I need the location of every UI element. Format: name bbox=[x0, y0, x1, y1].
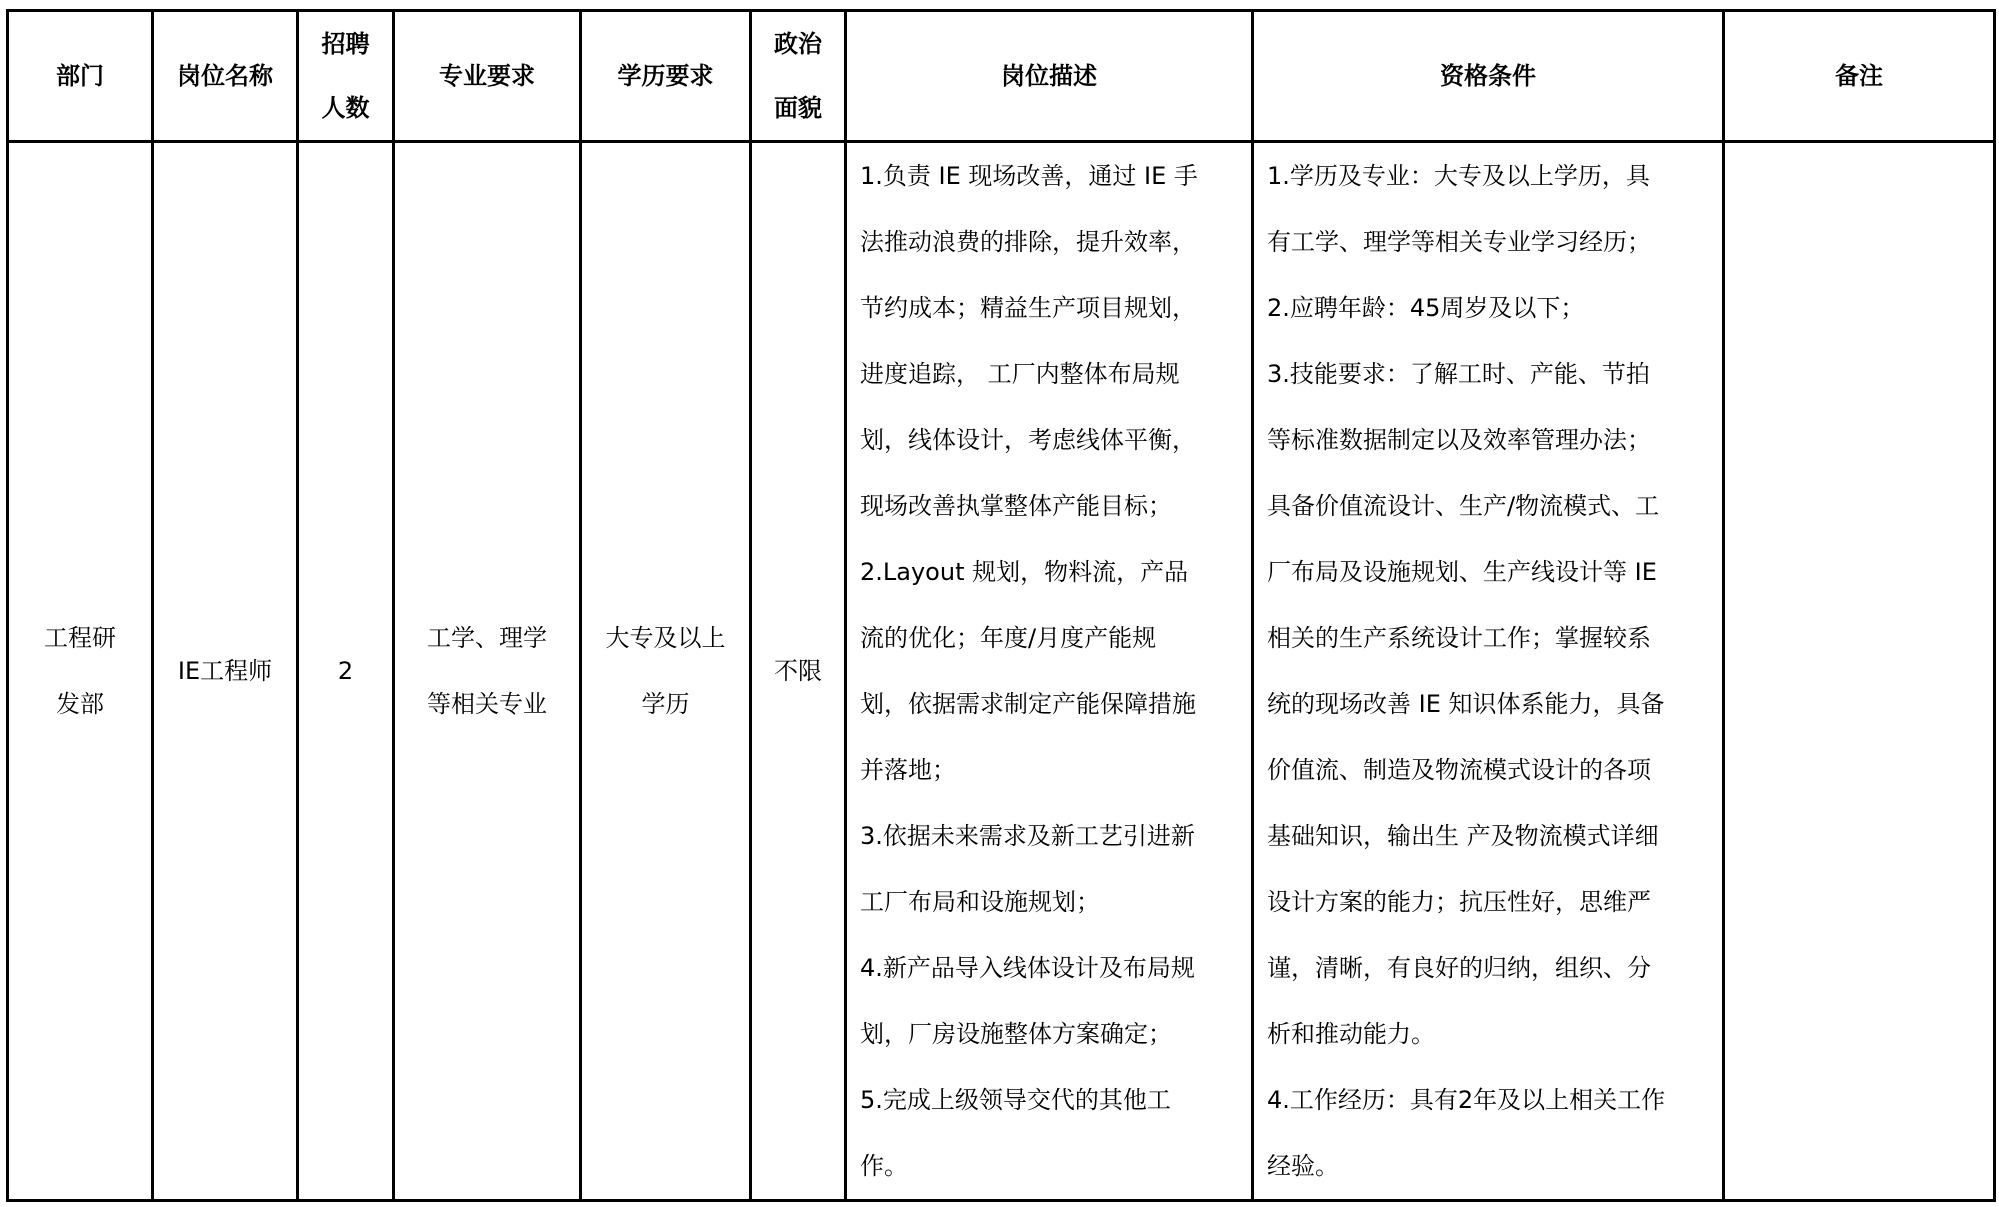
cell-position: IE工程师 bbox=[153, 142, 298, 1201]
qualification-line: 2.应聘年龄：45周岁及以下； bbox=[1267, 275, 1712, 341]
description-line: 3.依据未来需求及新工艺引进新 bbox=[860, 803, 1241, 869]
major-line1: 工学、理学 bbox=[395, 605, 579, 671]
qualification-line: 厂布局及设施规划、生产线设计等 IE bbox=[1267, 539, 1712, 605]
recruitment-table: 部门 岗位名称 招聘 人数 专业要求 学历要求 政治 面貌 岗位描述 资格条件 … bbox=[6, 9, 1996, 1202]
qualification-line: 谨，清晰，有良好的归纳，组织、分 bbox=[1267, 935, 1712, 1001]
cell-remarks bbox=[1724, 142, 1995, 1201]
qualification-line: 4.工作经历：具有2年及以上相关工作 bbox=[1267, 1067, 1712, 1133]
header-headcount: 招聘 人数 bbox=[298, 11, 394, 142]
description-line: 流的优化；年度/月度产能规 bbox=[860, 605, 1241, 671]
header-description: 岗位描述 bbox=[846, 11, 1253, 142]
qualification-line: 经验。 bbox=[1267, 1133, 1712, 1199]
header-headcount-line2: 人数 bbox=[299, 76, 392, 140]
cell-major: 工学、理学 等相关专业 bbox=[394, 142, 581, 1201]
description-line: 4.新产品导入线体设计及布局规 bbox=[860, 935, 1241, 1001]
qualification-line: 价值流、制造及物流模式设计的各项 bbox=[1267, 737, 1712, 803]
table-row: 工程研 发部 IE工程师 2 工学、理学 等相关专业 大专及以上 学历 不限 1… bbox=[8, 142, 1995, 1201]
qualification-line: 析和推动能力。 bbox=[1267, 1001, 1712, 1067]
header-remarks: 备注 bbox=[1724, 11, 1995, 142]
qualification-line: 等标准数据制定以及效率管理办法； bbox=[1267, 407, 1712, 473]
header-headcount-line1: 招聘 bbox=[299, 12, 392, 76]
description-line: 2.Layout 规划，物料流，产品 bbox=[860, 539, 1241, 605]
qualification-line: 1.学历及专业：大专及以上学历，具 bbox=[1267, 143, 1712, 209]
header-political: 政治 面貌 bbox=[751, 11, 846, 142]
header-department: 部门 bbox=[8, 11, 153, 142]
qualification-line: 3.技能要求：了解工时、产能、节拍 bbox=[1267, 341, 1712, 407]
qualification-line: 相关的生产系统设计工作；掌握较系 bbox=[1267, 605, 1712, 671]
qualification-line: 基础知识，输出生 产及物流模式详细 bbox=[1267, 803, 1712, 869]
header-major: 专业要求 bbox=[394, 11, 581, 142]
cell-headcount: 2 bbox=[298, 142, 394, 1201]
header-position: 岗位名称 bbox=[153, 11, 298, 142]
cell-education: 大专及以上 学历 bbox=[581, 142, 751, 1201]
description-line: 划，线体设计，考虑线体平衡， bbox=[860, 407, 1241, 473]
department-line1: 工程研 bbox=[9, 605, 151, 671]
qualification-line: 具备价值流设计、生产/物流模式、工 bbox=[1267, 473, 1712, 539]
department-line2: 发部 bbox=[9, 671, 151, 737]
cell-description: 1.负责 IE 现场改善，通过 IE 手 法推动浪费的排除，提升效率， 节约成本… bbox=[846, 142, 1253, 1201]
header-political-line1: 政治 bbox=[752, 12, 844, 76]
education-line1: 大专及以上 bbox=[582, 605, 749, 671]
description-line: 节约成本；精益生产项目规划， bbox=[860, 275, 1241, 341]
education-line2: 学历 bbox=[582, 671, 749, 737]
qualification-line: 有工学、理学等相关专业学习经历； bbox=[1267, 209, 1712, 275]
description-line: 5.完成上级领导交代的其他工 bbox=[860, 1067, 1241, 1133]
description-line: 划，依据需求制定产能保障措施 bbox=[860, 671, 1241, 737]
cell-political: 不限 bbox=[751, 142, 846, 1201]
description-line: 工厂布局和设施规划； bbox=[860, 869, 1241, 935]
description-line: 作。 bbox=[860, 1133, 1241, 1199]
cell-qualifications: 1.学历及专业：大专及以上学历，具 有工学、理学等相关专业学习经历； 2.应聘年… bbox=[1253, 142, 1724, 1201]
header-education: 学历要求 bbox=[581, 11, 751, 142]
qualification-line: 设计方案的能力；抗压性好，思维严 bbox=[1267, 869, 1712, 935]
qualification-line: 统的现场改善 IE 知识体系能力，具备 bbox=[1267, 671, 1712, 737]
description-line: 并落地； bbox=[860, 737, 1241, 803]
description-line: 1.负责 IE 现场改善，通过 IE 手 bbox=[860, 143, 1241, 209]
description-line: 划，厂房设施整体方案确定； bbox=[860, 1001, 1241, 1067]
header-qualifications: 资格条件 bbox=[1253, 11, 1724, 142]
description-line: 进度追踪， 工厂内整体布局规 bbox=[860, 341, 1241, 407]
description-line: 现场改善执掌整体产能目标； bbox=[860, 473, 1241, 539]
header-row: 部门 岗位名称 招聘 人数 专业要求 学历要求 政治 面貌 岗位描述 资格条件 … bbox=[8, 11, 1995, 142]
header-political-line2: 面貌 bbox=[752, 76, 844, 140]
description-line: 法推动浪费的排除，提升效率， bbox=[860, 209, 1241, 275]
major-line2: 等相关专业 bbox=[395, 671, 579, 737]
cell-department: 工程研 发部 bbox=[8, 142, 153, 1201]
